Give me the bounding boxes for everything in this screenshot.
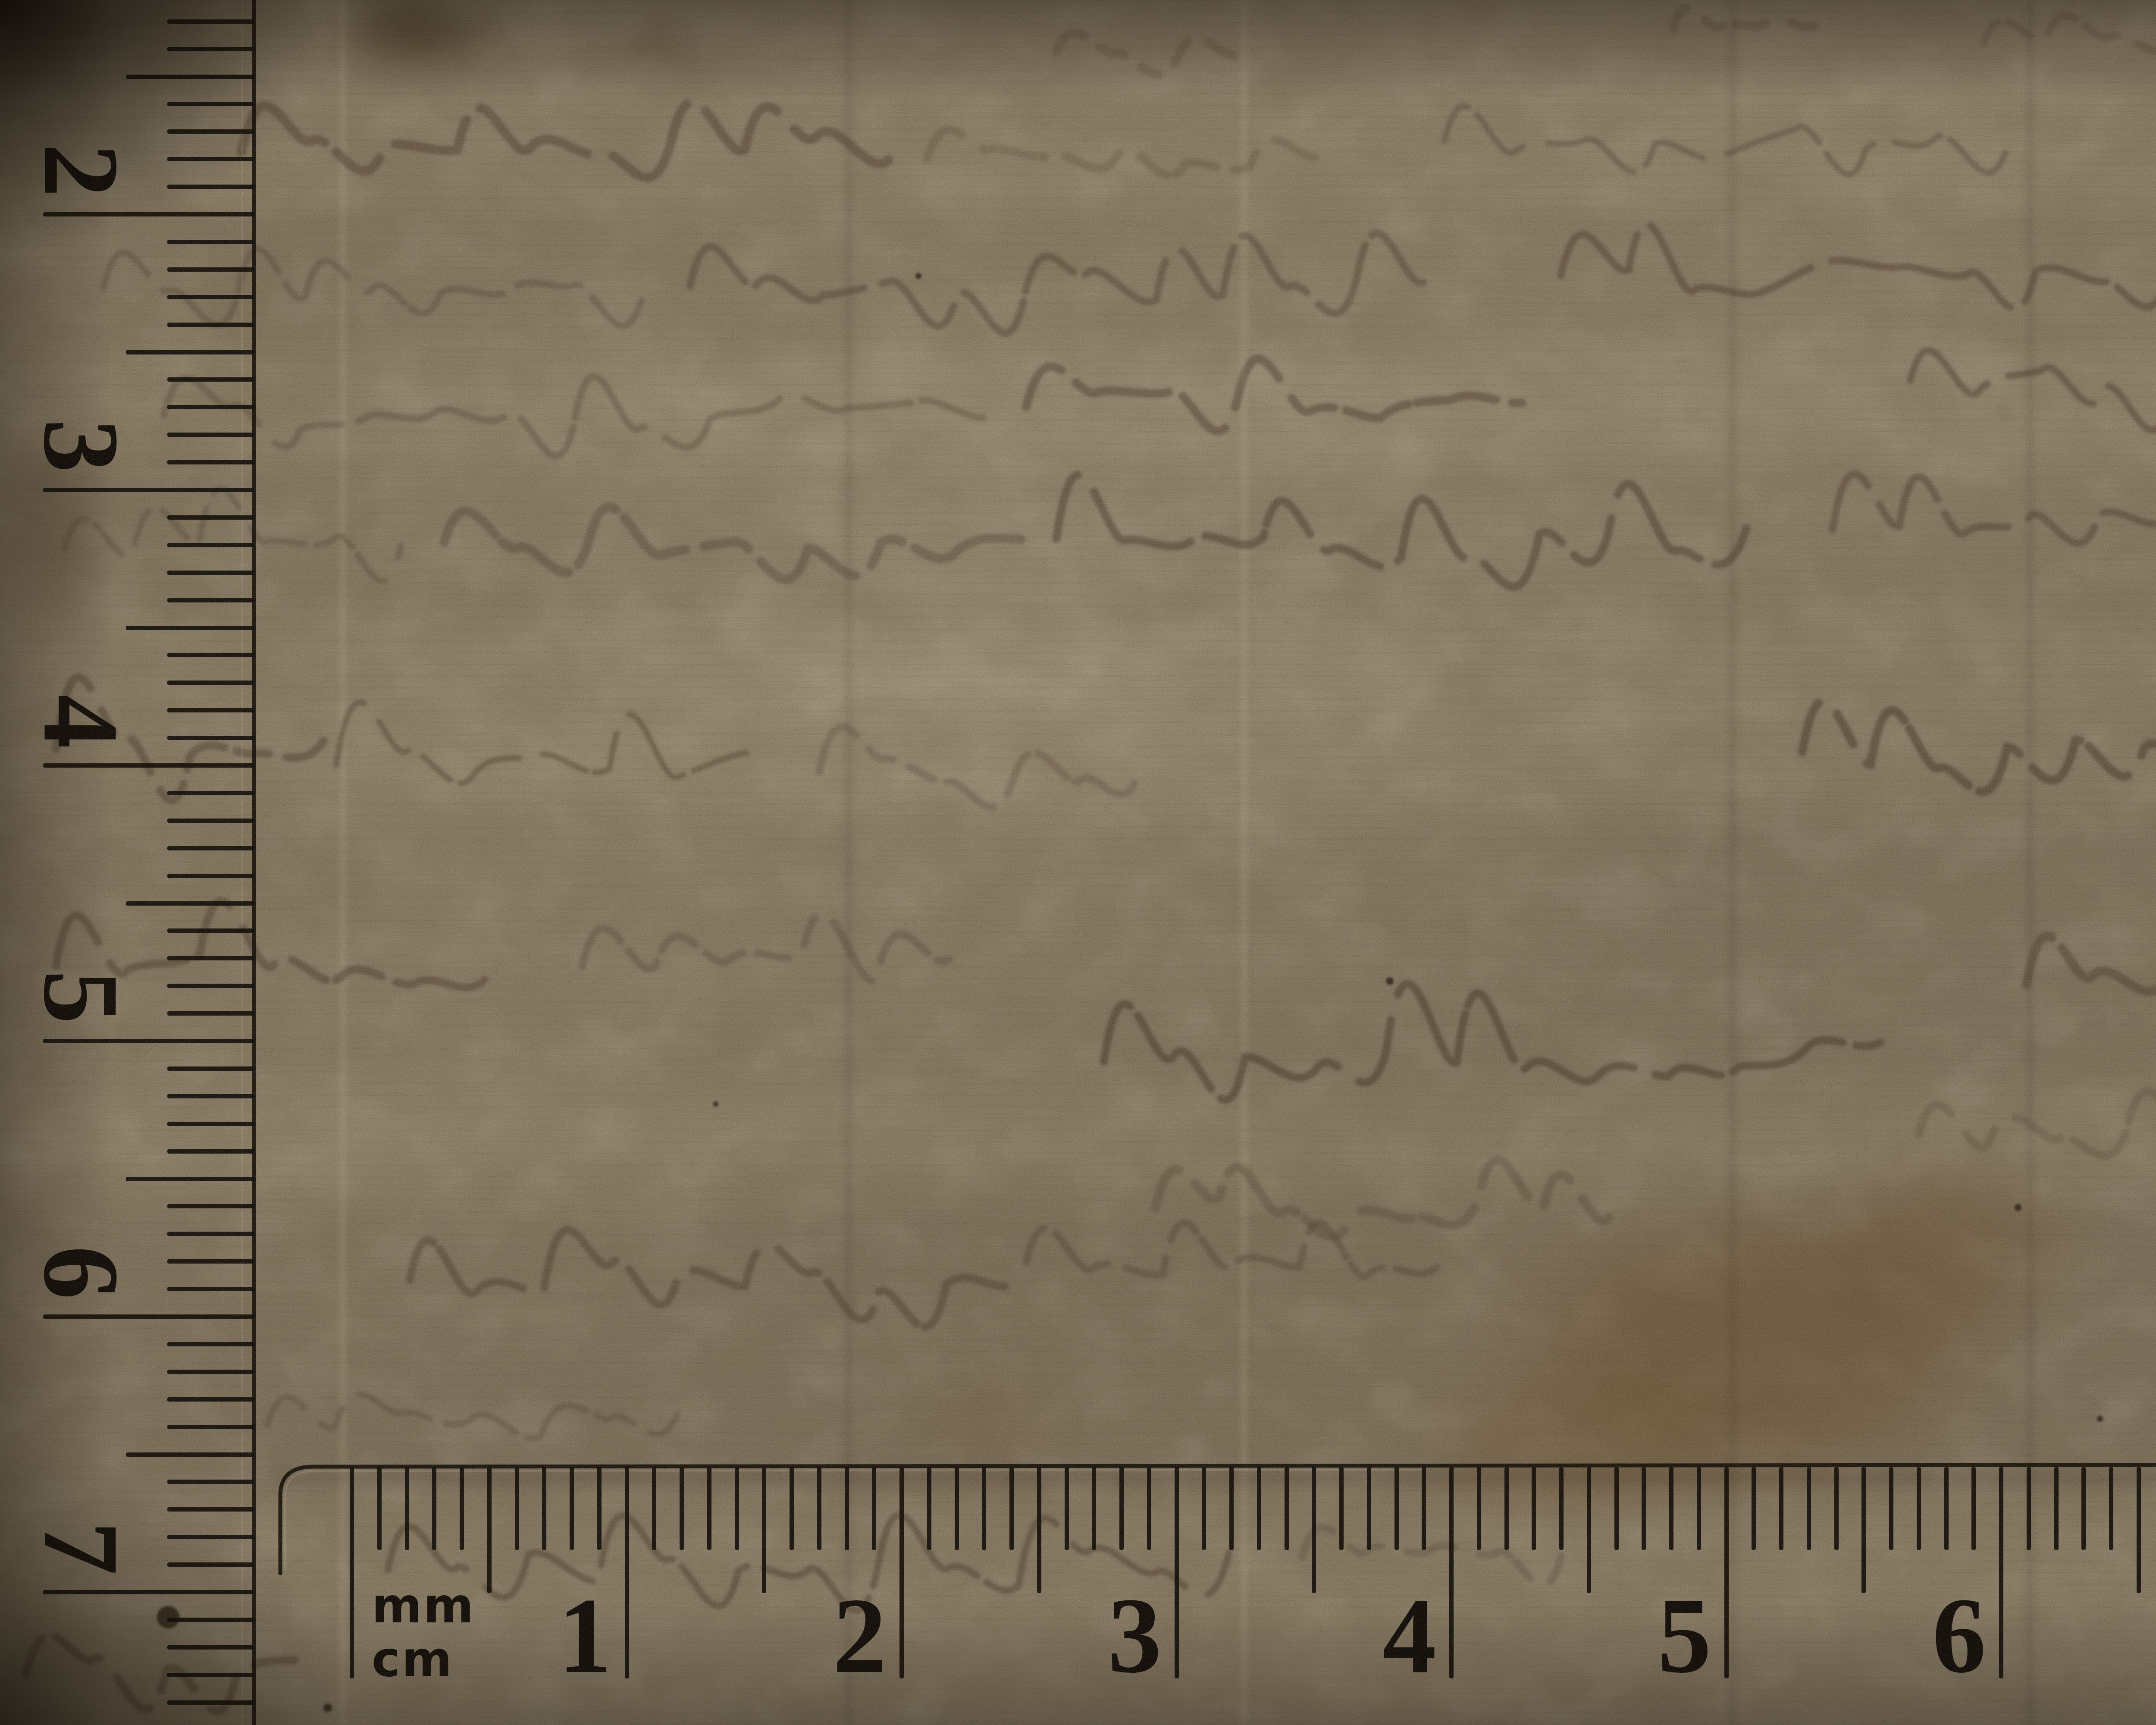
manuscript-photo: 234567 mm cm 12345678 [0,0,2156,1725]
vignette-overlay [0,0,2156,1725]
